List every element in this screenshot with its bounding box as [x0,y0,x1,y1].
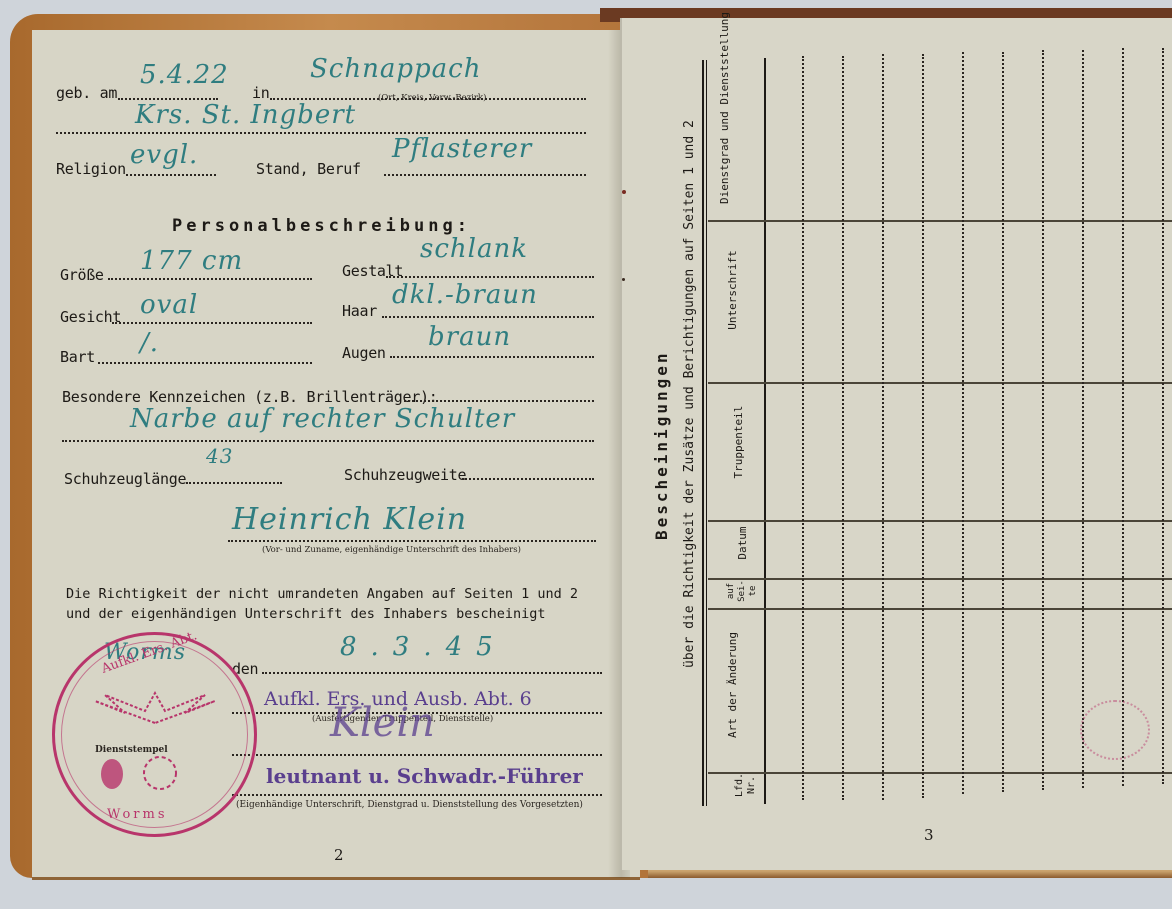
shoe-width-label: Schuhzeugweite [344,466,466,484]
birth-date-label: geb. am [56,84,117,102]
dotted-line [228,540,596,542]
column-header-change-type: Art der Änderung [726,630,740,740]
birth-place-hint: (Ort, Kreis, Verw.-Bezirk) [378,93,486,103]
height-value: 177 cm [140,246,243,276]
column-separator [708,382,1172,384]
row-line [882,54,884,800]
officer-signature: Klein [330,700,435,746]
stamp-bottom-text: Worms [107,807,168,822]
column-header-page: auf Sei- te [726,576,759,606]
dotted-line [390,356,594,358]
certification-date: 8.3.45 [340,632,507,662]
dotted-line [186,482,282,484]
occupation-value: Pflasterer [392,134,532,164]
holder-signature-hint: (Vor- und Zuname, eigenhändige Unterschr… [262,545,521,555]
height-label: Größe [60,266,104,284]
beard-value: /. [140,328,159,358]
column-header-signature: Unterschrift [726,240,740,340]
dotted-line [232,754,602,756]
certificates-subtitle: über die Richtigkeit der Zusätze und Ber… [682,120,697,668]
dotted-line [112,322,312,324]
table-border-left-inner [706,60,707,806]
birth-date-value: 5.4.22 [140,60,229,90]
dotted-line [382,316,594,318]
row-line [962,52,964,794]
dotted-line [262,672,602,674]
row-line [1162,48,1164,784]
eyes-label: Augen [342,344,386,362]
stamp-bleed [1080,700,1150,760]
stamp-blot [101,759,123,789]
column-header-date: Datum [736,518,750,568]
row-line [802,56,804,800]
holder-signature: Heinrich Klein [232,502,467,537]
column-header-number: Lfd. Nr. [734,770,758,800]
dotted-line [108,278,312,280]
page-number-right: 3 [924,826,934,844]
column-separator [708,578,1172,580]
dotted-line [404,400,594,402]
birth-district-value: Krs. St. Ingbert [135,100,356,130]
certification-text: Die Richtigkeit der nicht umrandeten Ang… [66,584,606,624]
hair-label: Haar [342,302,377,320]
column-separator [708,220,1172,222]
column-separator [708,608,1172,610]
dotted-line [62,440,594,442]
wreath-icon [135,753,185,793]
hair-value: dkl.-braun [392,280,538,310]
beard-label: Bart [60,348,95,366]
face-value: oval [140,290,198,320]
column-separator [708,520,1172,522]
binding-thread [622,190,626,194]
build-value: schlank [420,234,528,264]
row-line [1002,52,1004,792]
eyes-value: braun [428,322,511,352]
shoe-length-value: 43 [206,444,233,468]
religion-label: Religion [56,160,126,178]
dotted-line [462,478,594,480]
binding-thread [622,278,625,281]
religion-value: evgl. [130,140,198,170]
row-line [1082,50,1084,788]
description-heading: Personalbeschreibung: [172,216,471,236]
birth-place-value: Schnappach [310,54,481,84]
table-header-divider [764,58,766,804]
dotted-line [232,794,602,796]
row-line [1042,50,1044,790]
row-line [1122,48,1124,786]
page-number-left: 2 [334,846,344,864]
officer-title-stamp: leutnant u. Schwadr.-Führer [266,764,583,788]
officer-hint: (Eigenhändige Unterschrift, Dienstgrad u… [236,800,583,810]
table-border-left [702,60,704,806]
shoe-length-label: Schuhzeuglänge [64,470,186,488]
dotted-line [386,276,594,278]
marks-value: Narbe auf rechter Schulter [130,404,515,434]
row-line [922,54,924,798]
column-header-rank: Dienstgrad und Dienststellung [718,64,732,204]
column-separator [708,772,1172,774]
row-line [842,56,844,800]
occupation-label: Stand, Beruf [256,160,361,178]
eagle-icon [85,683,225,739]
dotted-line [126,174,216,176]
official-stamp: Aufkl. Ers. Abt. Dienststempel Worms [52,632,257,837]
column-header-unit: Truppenteil [732,392,746,492]
dotted-line [384,174,586,176]
dotted-line [98,362,312,364]
certificates-title: Bescheinigungen [652,351,671,541]
